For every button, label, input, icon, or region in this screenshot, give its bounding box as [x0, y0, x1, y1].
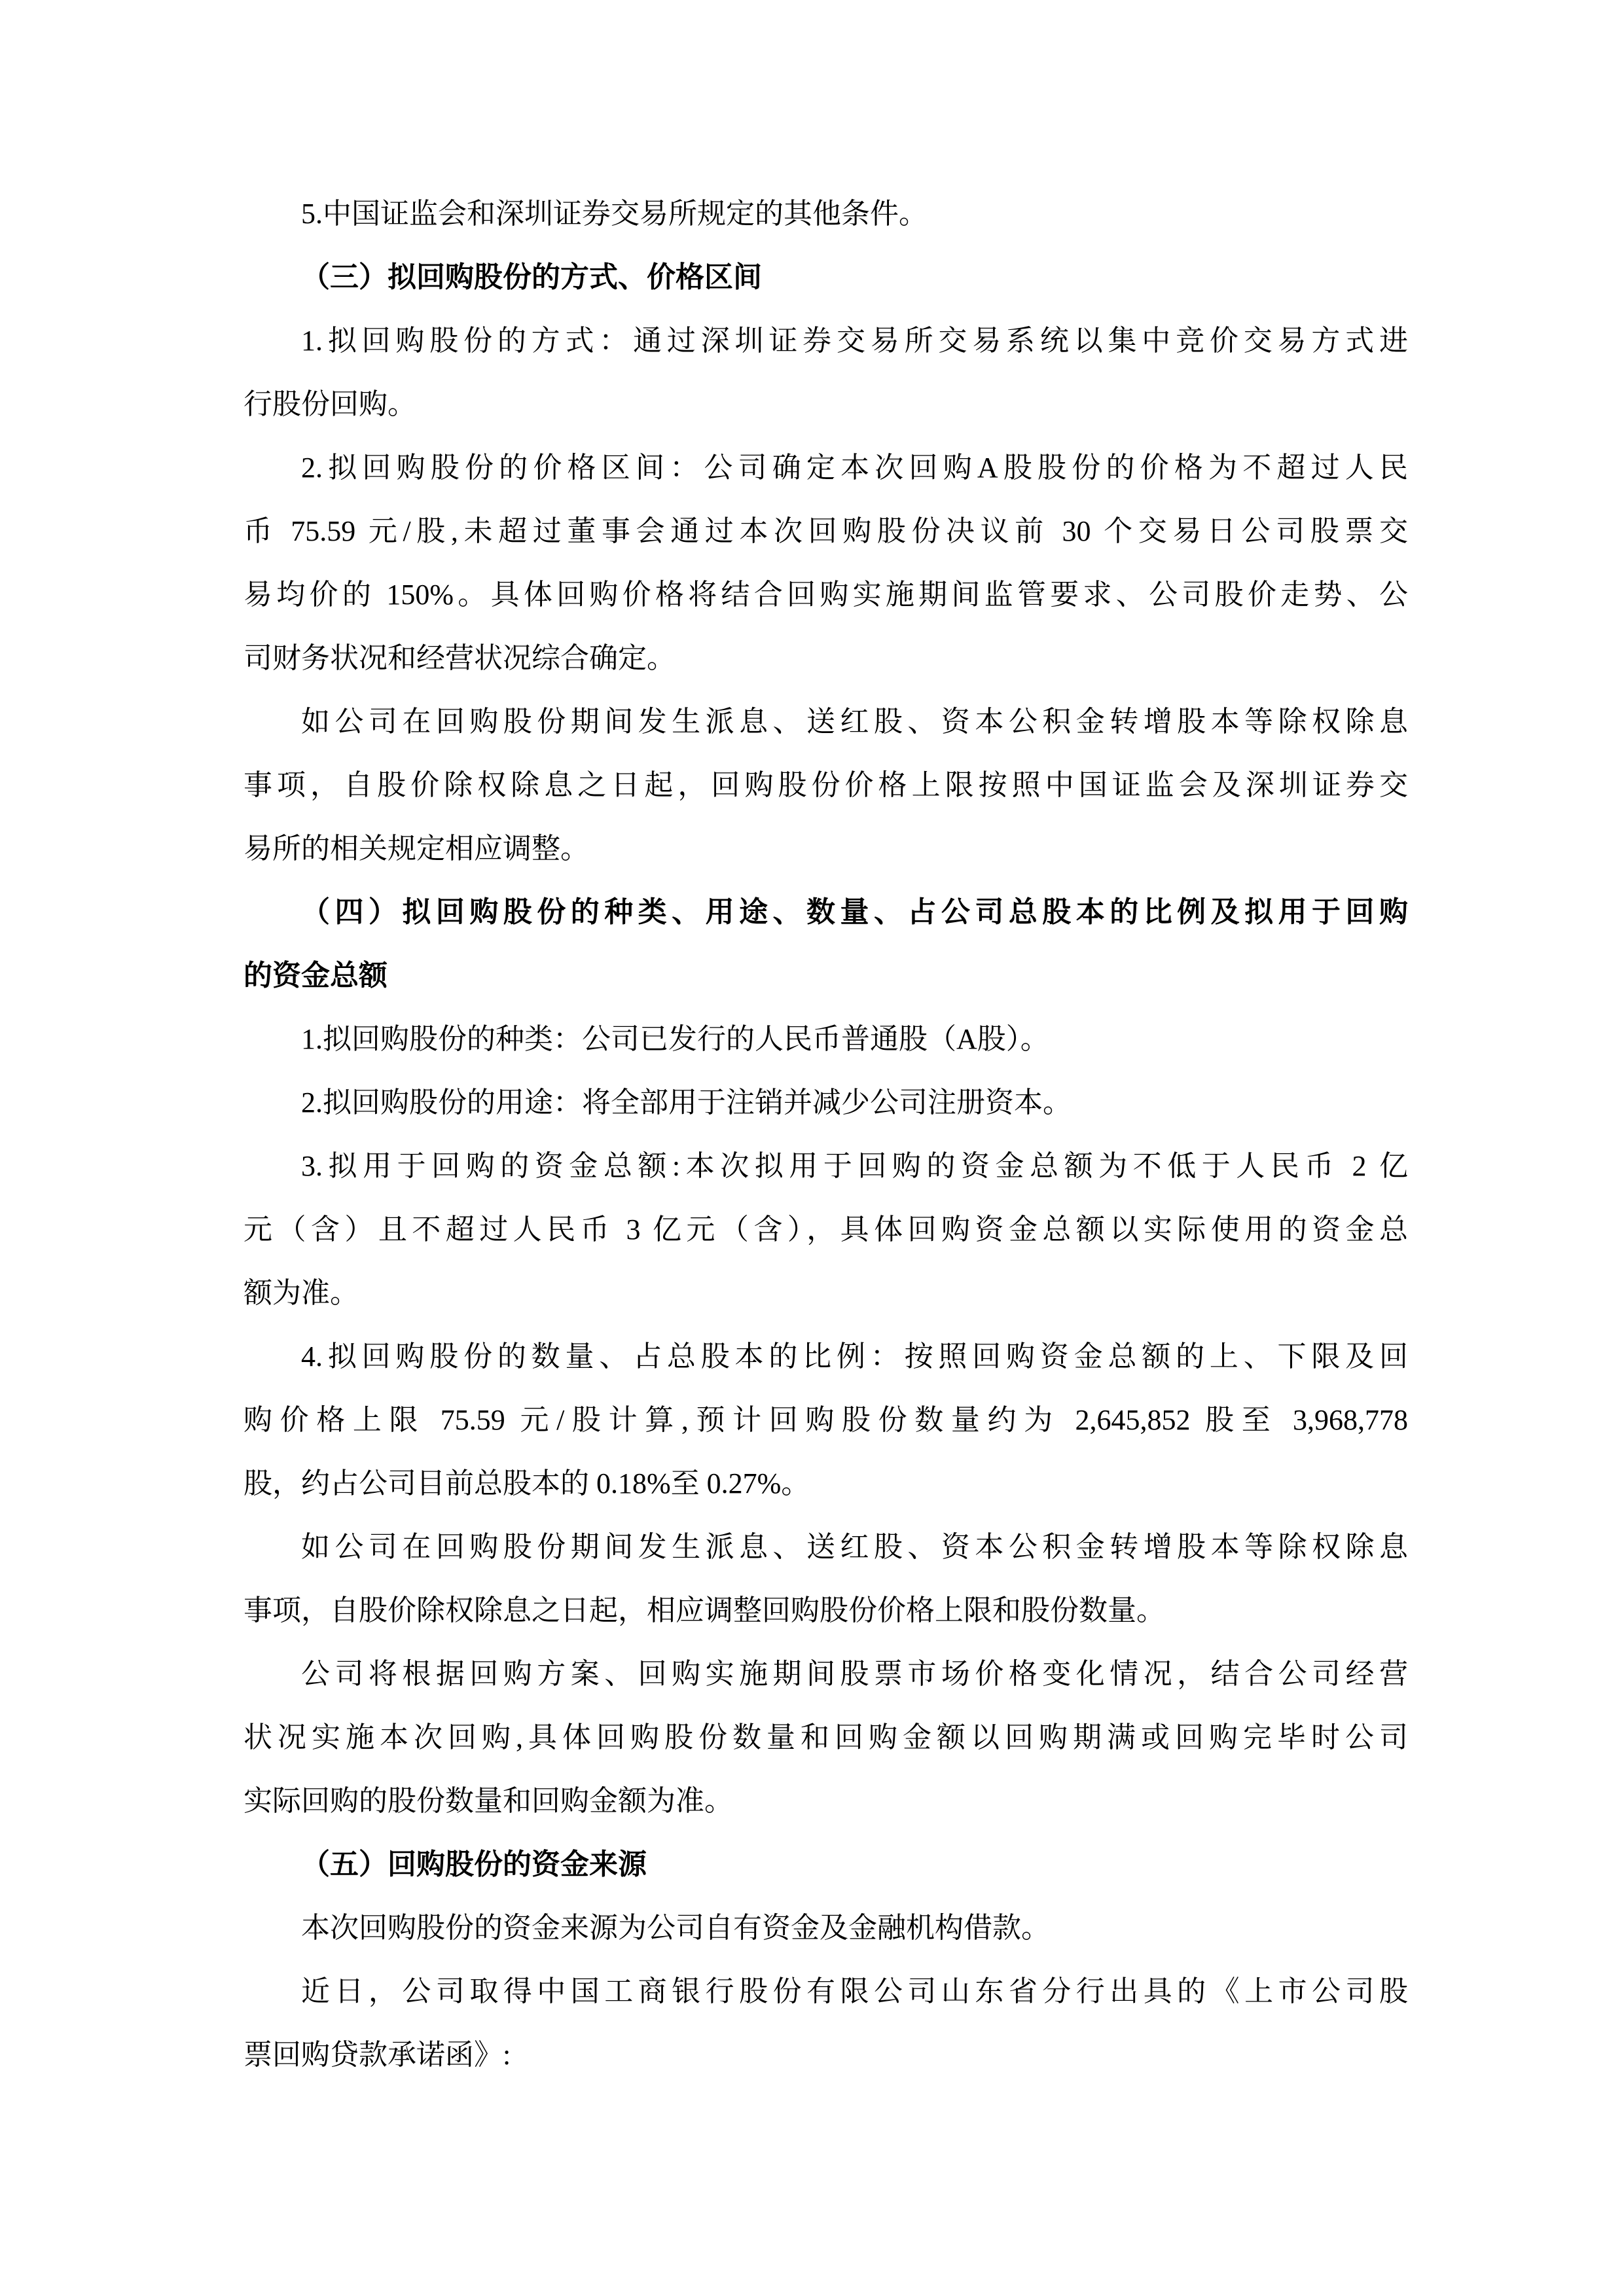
body-line: 5.中国证监会和深圳证券交易所规定的其他条件。: [244, 182, 1408, 245]
body-line: 司财务状况和经营状况综合确定。: [244, 626, 1408, 690]
body-line: 状况实施本次回购,具体回购股份数量和回购金额以回购期满或回购完毕时公司: [244, 1706, 1408, 1769]
document-body: 5.中国证监会和深圳证券交易所规定的其他条件。（三）拟回购股份的方式、价格区间1…: [0, 0, 1624, 2087]
heading-line: （五）回购股份的资金来源: [244, 1833, 1408, 1896]
body-line: 币 75.59 元/股,未超过董事会通过本次回购股份决议前 30 个交易日公司股…: [244, 499, 1408, 563]
body-line: 1.拟回购股份的方式：通过深圳证券交易所交易系统以集中竞价交易方式进: [244, 309, 1408, 372]
body-line: 易均价的 150%。具体回购价格将结合回购实施期间监管要求、公司股价走势、公: [244, 563, 1408, 626]
heading-line: （三）拟回购股份的方式、价格区间: [244, 245, 1408, 309]
document-page: 5.中国证监会和深圳证券交易所规定的其他条件。（三）拟回购股份的方式、价格区间1…: [0, 0, 1624, 2296]
body-line: 实际回购的股份数量和回购金额为准。: [244, 1769, 1408, 1833]
body-line: 事项，自股价除权除息之日起，回购股份价格上限按照中国证监会及深圳证券交: [244, 753, 1408, 817]
body-line: 元（含）且不超过人民币 3 亿元（含），具体回购资金总额以实际使用的资金总: [244, 1198, 1408, 1261]
body-line: 票回购贷款承诺函》:: [244, 2023, 1408, 2087]
body-line: 3.拟用于回购的资金总额:本次拟用于回购的资金总额为不低于人民币 2 亿: [244, 1134, 1408, 1198]
heading-line: （四）拟回购股份的种类、用途、数量、占公司总股本的比例及拟用于回购: [244, 880, 1408, 944]
body-line: 近日，公司取得中国工商银行股份有限公司山东省分行出具的《上市公司股: [244, 1960, 1408, 2023]
body-line: 事项，自股价除权除息之日起，相应调整回购股份价格上限和股份数量。: [244, 1579, 1408, 1642]
body-line: 行股份回购。: [244, 372, 1408, 436]
body-line: 1.拟回购股份的种类：公司已发行的人民币普通股（A股）。: [244, 1007, 1408, 1071]
body-line: 2.拟回购股份的价格区间：公司确定本次回购A股股份的价格为不超过人民: [244, 436, 1408, 499]
body-line: 本次回购股份的资金来源为公司自有资金及金融机构借款。: [244, 1896, 1408, 1960]
body-line: 易所的相关规定相应调整。: [244, 817, 1408, 880]
body-line: 2.拟回购股份的用途：将全部用于注销并减少公司注册资本。: [244, 1071, 1408, 1134]
heading-line: 的资金总额: [244, 944, 1408, 1007]
body-line: 股，约占公司目前总股本的 0.18%至 0.27%。: [244, 1452, 1408, 1515]
body-line: 购价格上限 75.59 元/股计算,预计回购股份数量约为 2,645,852 股…: [244, 1388, 1408, 1452]
body-line: 4.拟回购股份的数量、占总股本的比例：按照回购资金总额的上、下限及回: [244, 1325, 1408, 1388]
body-line: 如公司在回购股份期间发生派息、送红股、资本公积金转增股本等除权除息: [244, 1515, 1408, 1579]
body-line: 公司将根据回购方案、回购实施期间股票市场价格变化情况，结合公司经营: [244, 1642, 1408, 1706]
body-line: 如公司在回购股份期间发生派息、送红股、资本公积金转增股本等除权除息: [244, 690, 1408, 753]
body-line: 额为准。: [244, 1261, 1408, 1325]
